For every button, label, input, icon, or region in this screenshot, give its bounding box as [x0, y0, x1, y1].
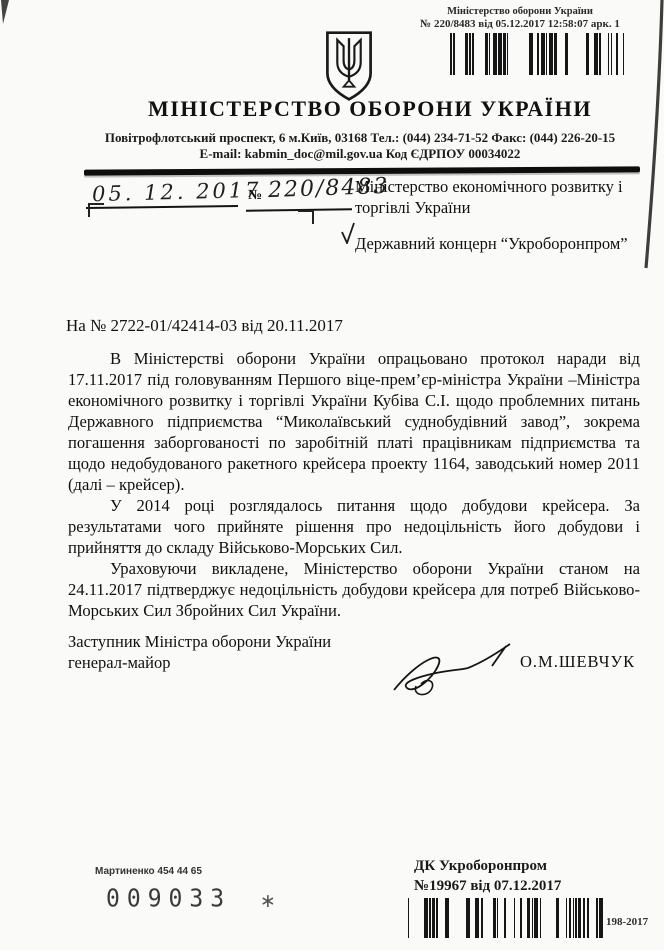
handwritten-date: 05. 12. 2017 [92, 178, 262, 206]
ministry-contacts: Повітрофлотський проспект, 6 м.Київ, 031… [60, 130, 660, 162]
address-corner-bracket-left [88, 203, 104, 217]
letter-body: В Міністерстві оборони України опрацьова… [68, 348, 640, 621]
handwritten-checkmark-icon [340, 222, 356, 244]
outgoing-number-label: № [248, 188, 262, 204]
recipient-secondary: Державний концерн “Укроборонпром” [355, 233, 650, 254]
body-paragraph: Ураховуючи викладене, Міністерство оборо… [68, 558, 640, 621]
scanned-letter-page: Міністерство оборони України № 220/8483 … [0, 0, 664, 950]
ministry-email-line: E-mail: kabmin_doc@mil.gov.ua Код ЄДРПОУ… [60, 146, 660, 162]
registration-barcode [450, 33, 628, 75]
signer-position-line1: Заступник Міністра оборони України [68, 631, 331, 652]
reply-to-reference: На № 2722-01/42414-03 від 20.11.2017 [66, 316, 343, 336]
signer-position: Заступник Міністра оборони України генер… [68, 631, 331, 673]
registration-stamp-org: Міністерство оборони України [400, 5, 640, 18]
incoming-barcode [408, 898, 604, 938]
handwritten-signature [388, 642, 523, 704]
ministry-title: МІНІСТЕРСТВО ОБОРОНИ УКРАЇНИ [80, 96, 660, 122]
signer-name: О.М.ШЕВЧУК [520, 652, 642, 672]
incoming-org: ДК Укроборонпром [414, 856, 561, 876]
incoming-number: №19967 від 07.12.2017 [414, 876, 561, 896]
recipient-primary: Міністерство економічного розвитку і тор… [355, 176, 650, 218]
scan-corner-artifact [0, 0, 12, 26]
incoming-registration: ДК Укроборонпром №19967 від 07.12.2017 [414, 856, 561, 896]
address-corner-bracket-right [298, 210, 314, 224]
signer-position-line2: генерал-майор [68, 652, 331, 673]
registration-stamp-number: № 220/8483 від 05.12.2017 12:58:07 арк. … [400, 18, 640, 31]
body-paragraph: В Міністерстві оборони України опрацьова… [68, 348, 640, 495]
registration-stamp: Міністерство оборони України № 220/8483 … [400, 5, 640, 31]
body-paragraph: У 2014 році розглядалось питання щодо до… [68, 495, 640, 558]
executor-contact: Мартиненко 454 44 65 [95, 866, 202, 877]
stamped-serial-number: 009033 [106, 885, 231, 913]
ministry-address-line: Повітрофлотський проспект, 6 м.Київ, 031… [60, 130, 660, 146]
barcode-side-note: 198-2017 [606, 916, 648, 928]
ukraine-trident-emblem [320, 30, 378, 102]
stamp-asterisk-mark: ∗ [260, 890, 276, 912]
